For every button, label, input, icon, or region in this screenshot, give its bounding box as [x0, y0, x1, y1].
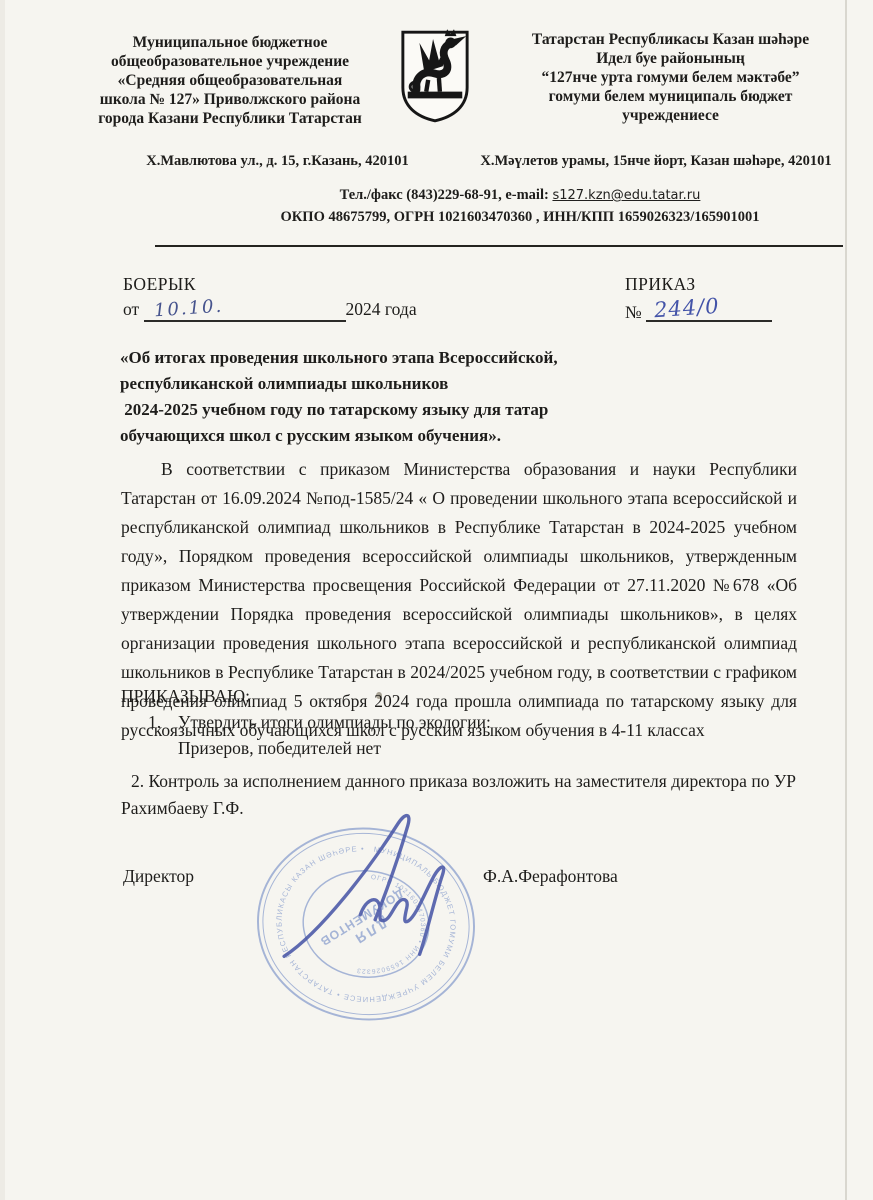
handwritten-number: 244/0	[653, 294, 720, 323]
email-link: s127.kzn@edu.tatar.ru	[552, 188, 700, 203]
address-tatar: Х.Мәүлетов урамы, 15нче йорт, Казан шәһә…	[452, 153, 860, 170]
org-line: общеобразовательное учреждение	[70, 52, 390, 71]
subject-line: 2024-2025 учебном году по татарскому язы…	[120, 397, 720, 423]
contact-line: Тел./факс (843)229-68-91, e-mail: s127.k…	[170, 187, 870, 204]
handwritten-date: 10.10.	[153, 296, 224, 322]
order-title-tatar: БОЕРЫК	[123, 274, 196, 295]
date-underline: 10.10.	[144, 299, 346, 322]
scan-edge-right	[845, 0, 847, 1200]
subject-line: республиканской олимпиады школьников	[120, 371, 720, 397]
org-line: школа № 127» Приволжского района	[70, 90, 390, 109]
org-line: “127нче урта гомуми белем мәктәбе”	[478, 68, 863, 87]
phone-fax-label: Тел./факс (843)229-68-91, e-mail:	[340, 187, 553, 203]
list-item-1-number: 1.	[148, 712, 161, 733]
subject-line: «Об итогах проведения школьного этапа Вс…	[120, 345, 720, 371]
date-prefix: от	[123, 299, 139, 319]
org-header-tatar: Татарстан Республикасы Казан шәһәре Идел…	[478, 30, 863, 125]
date-suffix: 2024 года	[346, 299, 417, 319]
list-item-1: Утвердить итоги олимпиады по экологии:	[178, 712, 491, 733]
org-line: Татарстан Республикасы Казан шәһәре	[478, 30, 863, 49]
org-header-russian: Муниципальное бюджетное общеобразователь…	[70, 33, 390, 128]
scan-edge-left	[0, 0, 5, 1200]
signature-role: Директор	[123, 866, 194, 887]
order-title-russian: ПРИКАЗ	[625, 274, 696, 295]
scanned-order-document: Муниципальное бюджетное общеобразователь…	[0, 0, 873, 1200]
kazan-coat-of-arms-icon	[398, 29, 472, 123]
address-russian: Х.Мавлютова ул., д. 15, г.Казань, 420101	[105, 153, 450, 170]
number-underline: 244/0	[646, 299, 772, 322]
subject-line: обучающихся школ с русским языком обучен…	[120, 423, 720, 449]
org-line: города Казани Республики Татарстан	[70, 109, 390, 128]
order-date-line: от 10.10.2024 года	[123, 299, 417, 322]
org-line: Муниципальное бюджетное	[70, 33, 390, 52]
header-divider	[155, 245, 843, 247]
registry-line: ОКПО 48675799, ОГРН 1021603470360 , ИНН/…	[170, 209, 870, 226]
subject-title: «Об итогах проведения школьного этапа Вс…	[120, 345, 720, 449]
order-number-line: № 244/0	[625, 299, 772, 323]
number-prefix: №	[625, 302, 642, 322]
resolve-heading: ПРИКАЗЫВАЮ:	[121, 686, 250, 707]
org-line: «Средняя общеобразовательная	[70, 71, 390, 90]
director-signature	[266, 806, 504, 984]
list-item-1-sub: Призеров, победителей нет	[178, 738, 381, 759]
org-line: учреждениесе	[478, 106, 863, 125]
org-line: Идел буе районының	[478, 49, 863, 68]
org-line: гомуми белем муниципаль бюджет	[478, 87, 863, 106]
